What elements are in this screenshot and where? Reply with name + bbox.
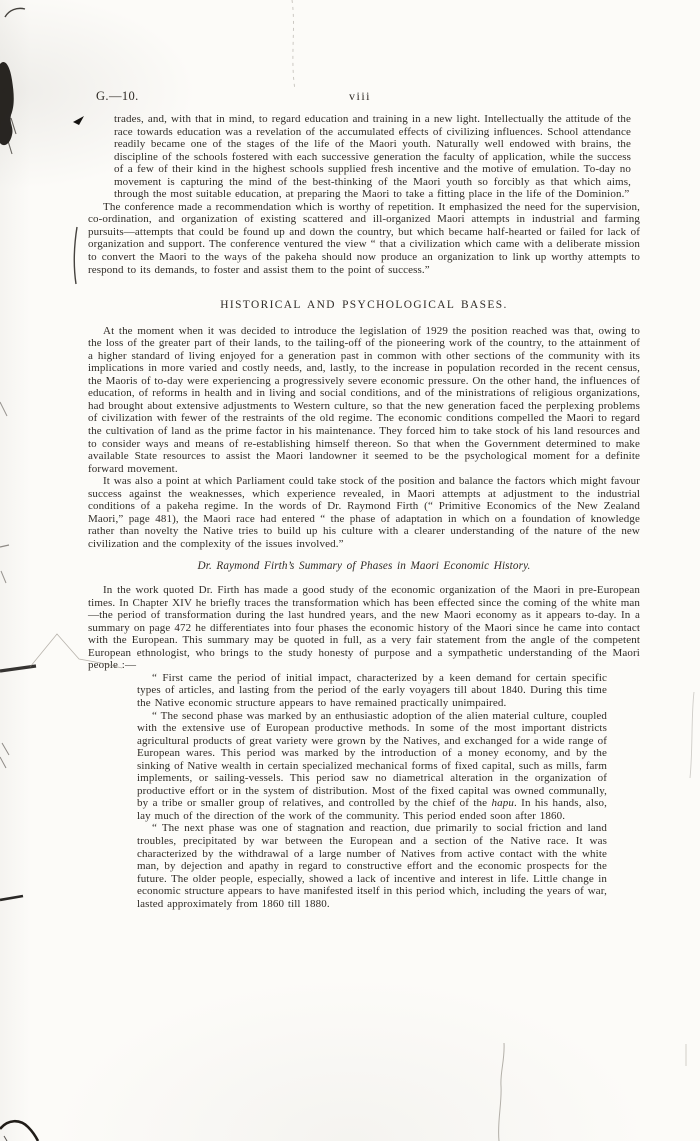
bottom-left-tick xyxy=(4,1136,7,1141)
page-number: viii xyxy=(88,89,632,104)
paragraph-parliament: It was also a point at which Parliament … xyxy=(88,475,640,550)
quote-first-phase: “ First came the period of initial impac… xyxy=(137,672,607,710)
quote-second-phase-text-a: “ The second phase was marked by an enth… xyxy=(137,710,607,810)
left-margin-stroke xyxy=(74,227,77,284)
top-crease-line xyxy=(292,0,295,90)
opening-quotation-block: trades, and, with that in mind, to regar… xyxy=(114,113,631,201)
left-tick-2 xyxy=(0,545,9,547)
document-body: trades, and, with that in mind, to regar… xyxy=(88,113,640,910)
hapu-italic-term: hapu xyxy=(491,797,513,809)
paragraph-moment: At the moment when it was decided to int… xyxy=(88,325,640,476)
scanned-page: G.—10. viii trades, and, with that in mi… xyxy=(0,0,700,1141)
bottom-crease-line xyxy=(499,1043,505,1141)
left-tick-1 xyxy=(0,402,7,416)
ink-blot xyxy=(0,62,14,145)
top-left-pen-stroke xyxy=(5,8,25,17)
ink-blot-spurs xyxy=(8,118,16,154)
paragraph-firth-intro: In the work quoted Dr. Firth has made a … xyxy=(88,584,640,672)
left-tick-3 xyxy=(1,571,6,583)
left-edge-dash xyxy=(0,896,23,900)
paragraph-conference: The conference made a recommendation whi… xyxy=(88,201,640,276)
quote-third-phase: “ The next phase was one of stagnation a… xyxy=(137,822,607,910)
bottom-left-curve xyxy=(0,1121,38,1141)
arrowhead-speck xyxy=(73,116,84,125)
sub-heading-firth-summary: Dr. Raymond Firth’s Summary of Phases in… xyxy=(88,560,640,573)
heavy-pencil-mark xyxy=(0,666,36,671)
left-tick-4 xyxy=(0,743,9,768)
quote-second-phase: “ The second phase was marked by an enth… xyxy=(137,710,607,823)
right-margin-crease xyxy=(690,692,694,778)
section-heading: HISTORICAL AND PSYCHOLOGICAL BASES. xyxy=(88,299,640,312)
